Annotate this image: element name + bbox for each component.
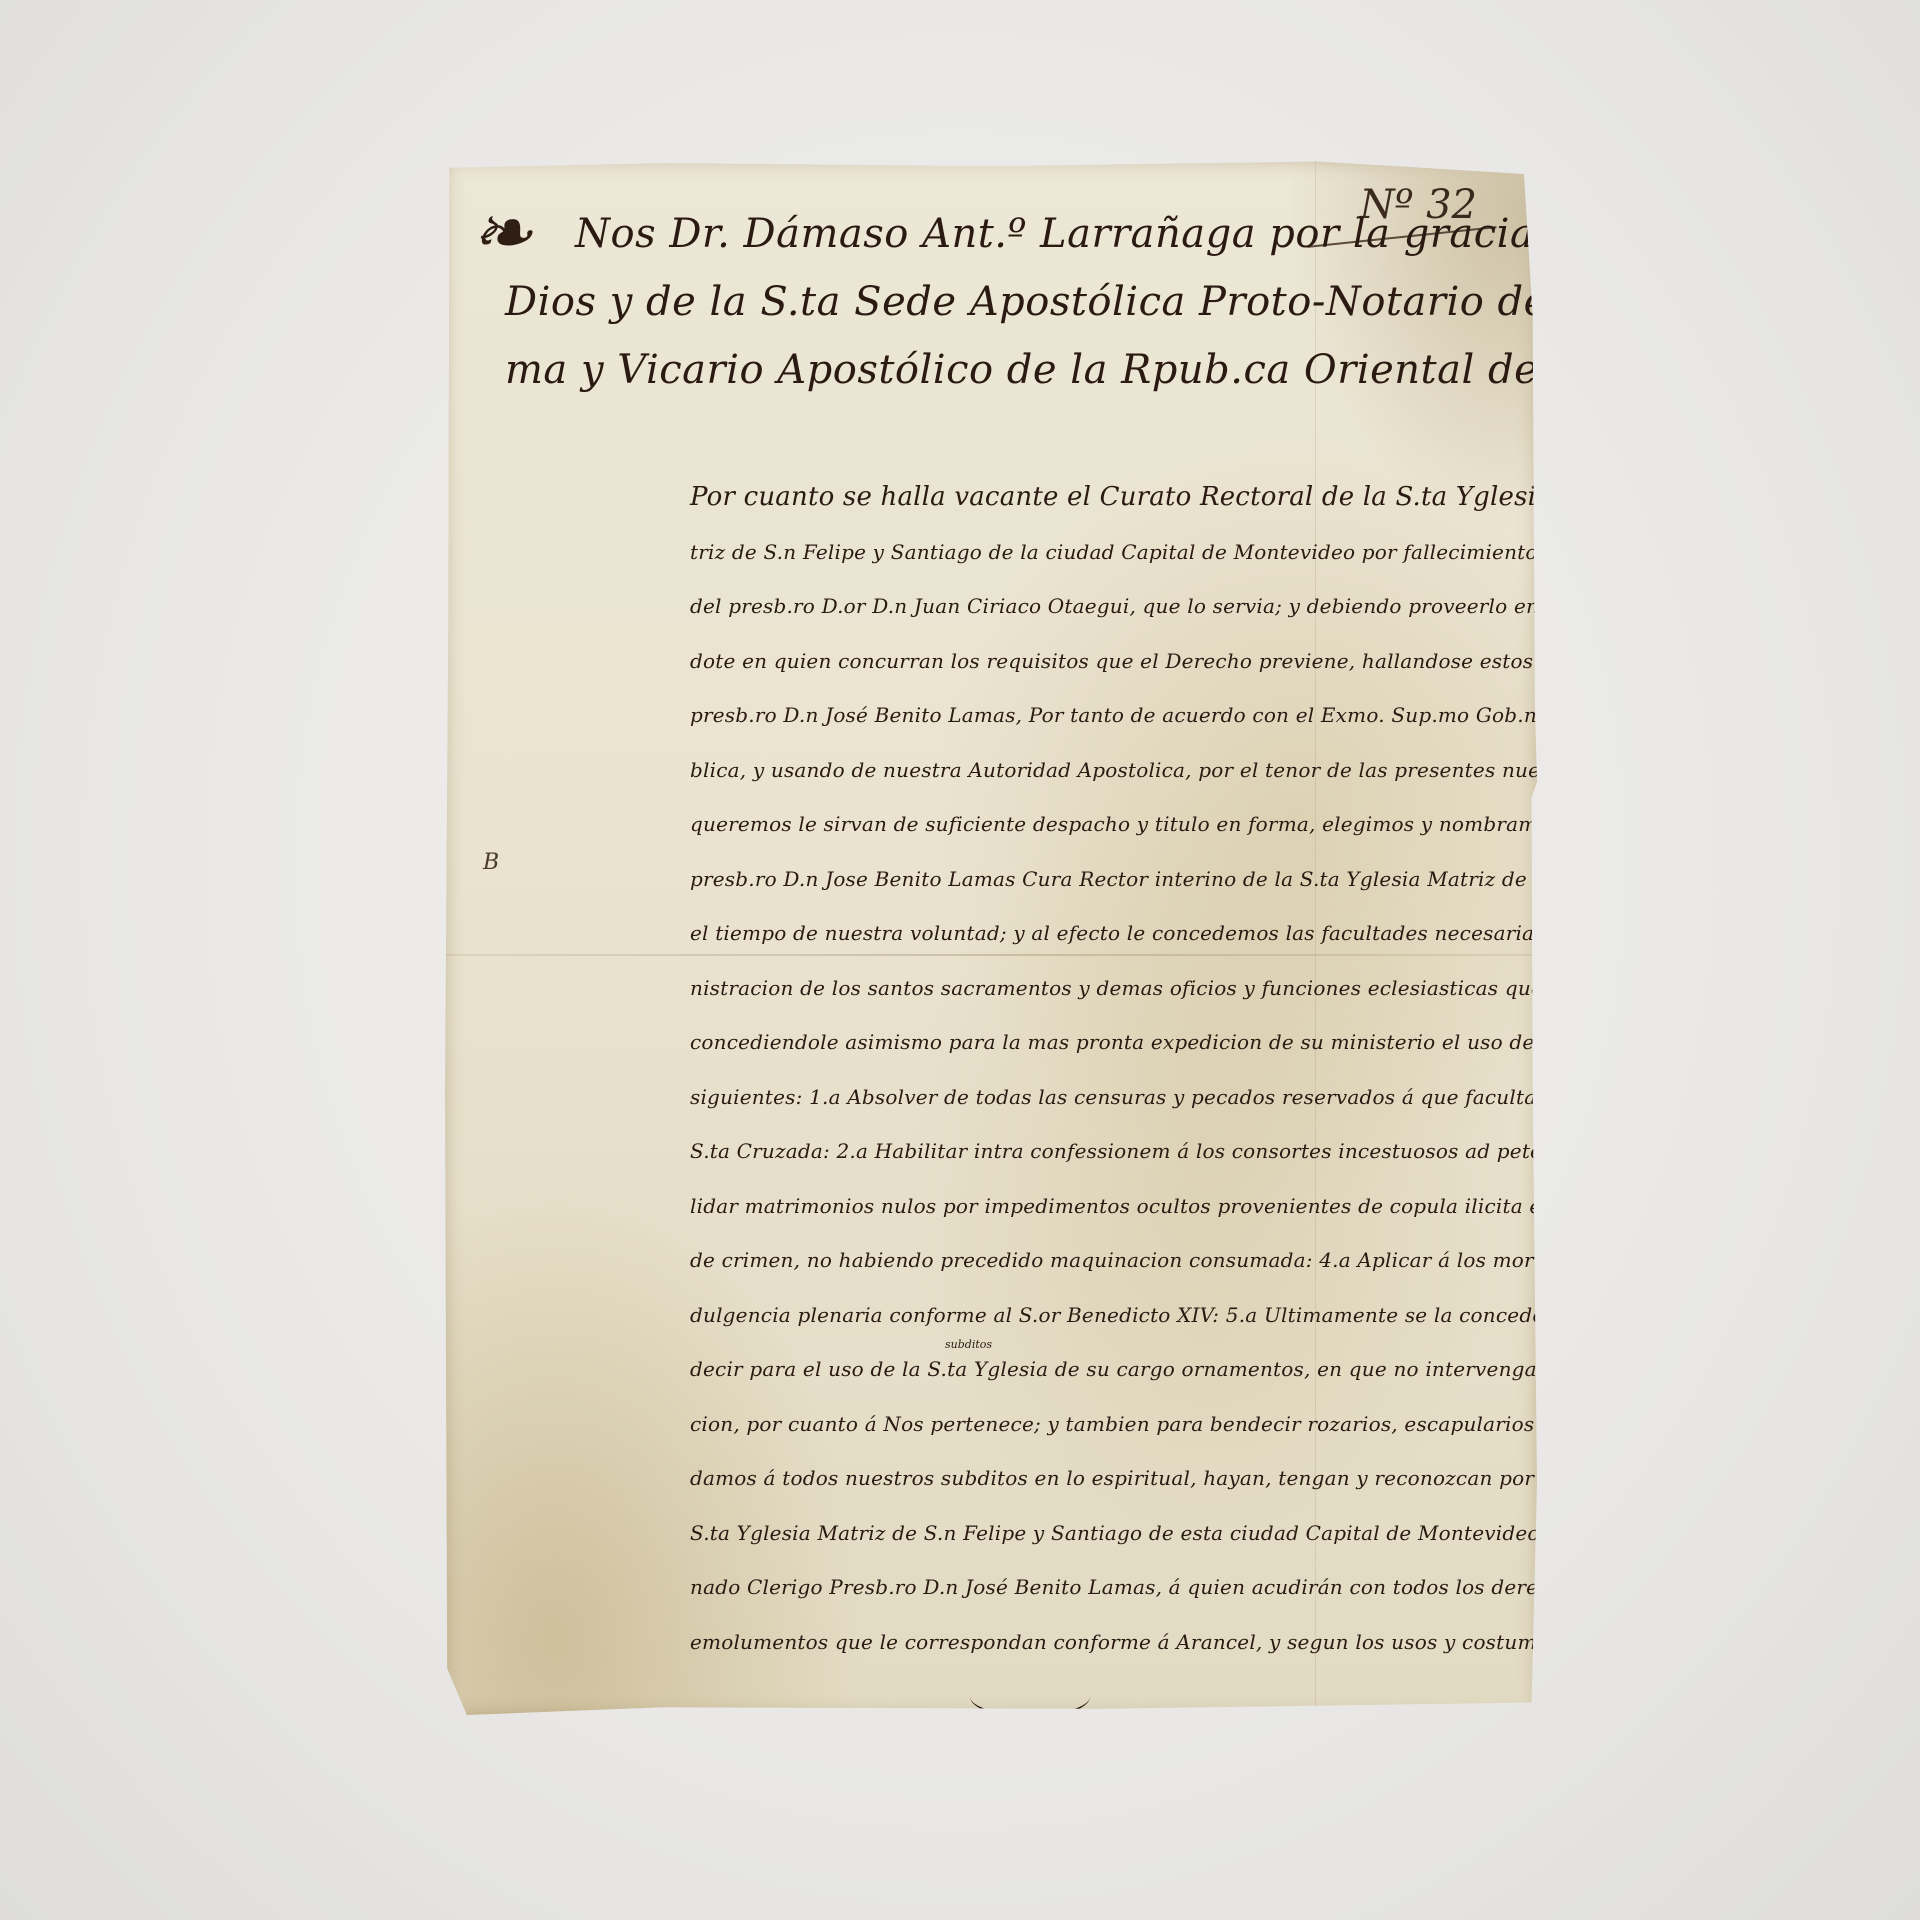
body-line: siguientes: 1.a Absolver de todas las ce… [690,1070,1520,1125]
body-line: decir para el uso de la S.ta Yglesia de … [690,1342,1520,1397]
body-line: cion, por cuanto á Nos pertenece; y tamb… [690,1397,1520,1452]
margin-mark: B [483,850,499,875]
body-line: de crimen, no habiendo precedido maquina… [690,1233,1520,1288]
closing-flourish-icon [970,1675,1090,1718]
body-line: S.ta Cruzada: 2.a Habilitar intra confes… [690,1124,1520,1179]
heading-line: Nos Dr. Dámaso Ant.º Larrañaga por la gr… [505,200,1515,268]
body-line: queremos le sirvan de suficiente despach… [690,797,1520,852]
heading-line: Dios y de la S.ta Sede Apostólica Proto-… [505,268,1515,336]
manuscript-page: ❧ Nº 32 Nos Dr. Dámaso Ant.º Larrañaga p… [445,160,1537,1715]
heading-line: ma y Vicario Apostólico de la Rpub.ca Or… [505,336,1515,404]
body-line: S.ta Yglesia Matriz de S.n Felipe y Sant… [690,1506,1520,1561]
body-line: nado Clerigo Presb.ro D.n José Benito La… [690,1560,1520,1615]
body-line: nistracion de los santos sacramentos y d… [690,961,1520,1016]
body-line: dote en quien concurran los requisitos q… [690,634,1520,689]
body-line: lidar matrimonios nulos por impedimentos… [690,1179,1520,1234]
body-line: presb.ro D.n José Benito Lamas, Por tant… [690,688,1520,743]
document-body: Por cuanto se halla vacante el Curato Re… [690,470,1520,1669]
body-line: el tiempo de nuestra voluntad; y al efec… [690,906,1520,961]
body-line: presb.ro D.n Jose Benito Lamas Cura Rect… [690,852,1520,907]
body-line: blica, y usando de nuestra Autoridad Apo… [690,743,1520,798]
body-line: Por cuanto se halla vacante el Curato Re… [690,470,1520,525]
body-line: concediendole asimismo para la mas pront… [690,1015,1520,1070]
body-line: damos á todos nuestros subditos en lo es… [690,1451,1520,1506]
body-line: triz de S.n Felipe y Santiago de la ciud… [690,525,1520,580]
body-line: emolumentos que le correspondan conforme… [690,1615,1520,1670]
body-line: del presb.ro D.or D.n Juan Ciriaco Otaeg… [690,579,1520,634]
document-heading: Nos Dr. Dámaso Ant.º Larrañaga por la gr… [505,200,1515,404]
body-line: dulgencia plenaria conforme al S.or Bene… [690,1288,1520,1343]
